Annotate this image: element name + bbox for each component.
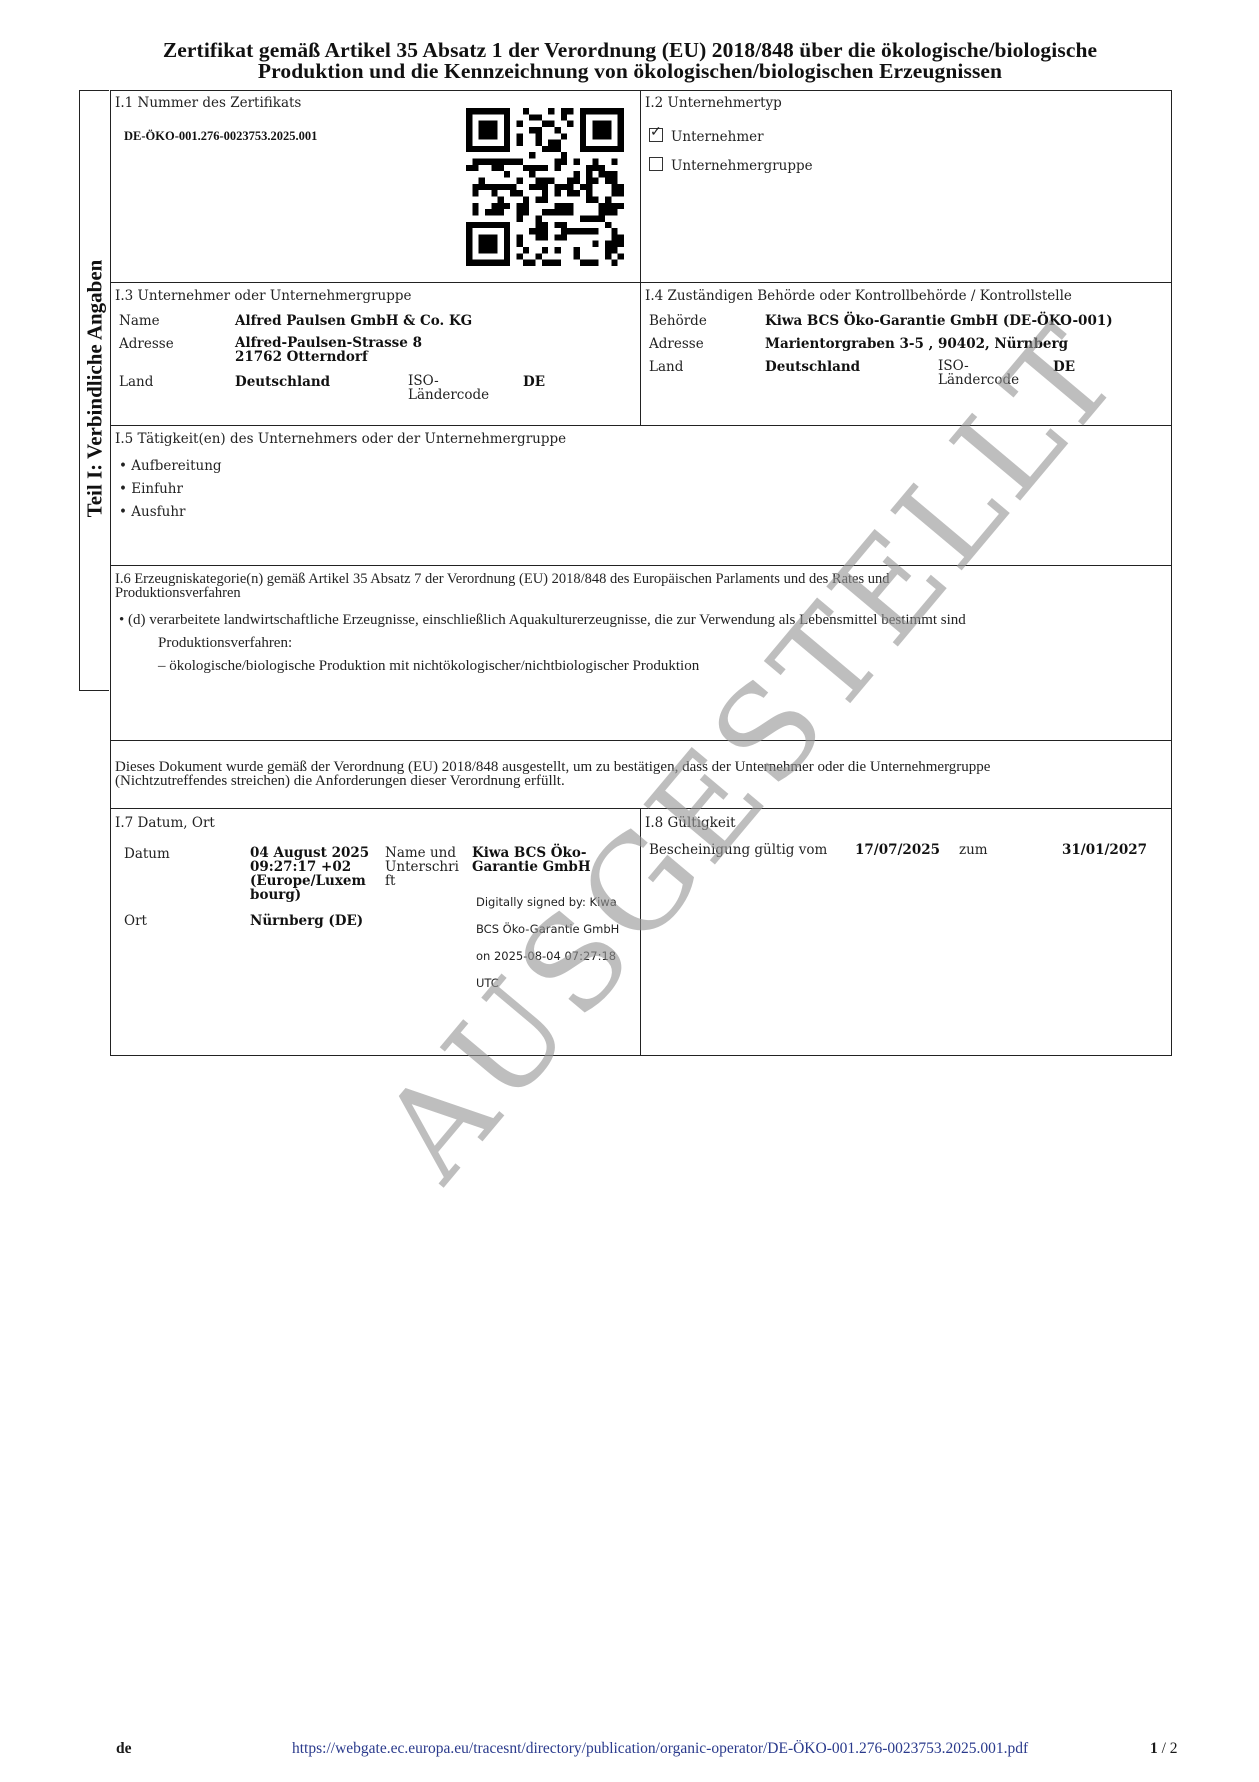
authority-iso: DE: [1053, 359, 1075, 375]
production-method: – ökologische/biologische Produktion mit…: [158, 658, 699, 675]
option-label: Unternehmergruppe: [671, 158, 813, 174]
date-line: bourg): [250, 888, 369, 902]
product-category: • (d) verarbeitete landwirtschaftliche E…: [119, 612, 966, 629]
date-line: 04 August 2025: [250, 846, 369, 860]
document-url-link[interactable]: https://webgate.ec.europa.eu/tracesnt/di…: [292, 1740, 1028, 1758]
authority-country: Deutschland: [765, 359, 860, 375]
qr-code-icon: [466, 107, 624, 267]
checkbox-checked-icon[interactable]: [649, 128, 663, 142]
iso-label-2: Ländercode: [938, 373, 1019, 387]
option-unternehmer[interactable]: Unternehmer: [649, 128, 764, 145]
i1-heading: I.1 Nummer des Zertifikats: [115, 95, 301, 111]
operator-iso: DE: [523, 374, 545, 390]
country-label: Land: [119, 374, 153, 390]
section-i4: I.4 Zuständigen Behörde oder Kontrollbeh…: [640, 282, 1172, 426]
operator-name: Alfred Paulsen GmbH & Co. KG: [235, 313, 472, 329]
iso-label: ISO- Ländercode: [408, 374, 489, 402]
operator-address: Alfred-Paulsen-Strasse 8 21762 Otterndor…: [235, 336, 422, 364]
iso-label-2: Ländercode: [408, 388, 489, 402]
i6-heading-line-2: Produktionsverfahren: [115, 586, 889, 600]
signer-line: Garantie GmbH: [472, 860, 591, 874]
title-line-2: Produktion und die Kennzeichnung von öko…: [60, 61, 1200, 82]
signature-label-line: Name und: [385, 846, 459, 860]
footer-language: de: [116, 1740, 132, 1758]
valid-from: 17/07/2025: [855, 842, 940, 858]
signature-label-line: Unterschri: [385, 860, 459, 874]
production-method-label: Produktionsverfahren:: [158, 635, 292, 652]
option-label: Unternehmer: [671, 129, 764, 145]
valid-to: 31/01/2027: [1062, 842, 1147, 858]
section-i6: I.6 Erzeugniskategorie(n) gemäß Artikel …: [110, 565, 1172, 741]
iso-label-1: ISO-: [938, 359, 1019, 373]
signature-label-line: ft: [385, 874, 459, 888]
part-sidebar: Teil I: Verbindliche Angaben: [79, 90, 109, 691]
section-i3: I.3 Unternehmer oder Unternehmergruppe N…: [110, 282, 641, 426]
name-label: Name: [119, 313, 160, 329]
issue-date: 04 August 2025 09:27:17 +02 (Europe/Luxe…: [250, 846, 369, 902]
iso-label-1: ISO-: [408, 374, 489, 388]
authority-address-label: Adresse: [649, 336, 704, 352]
place-label: Ort: [124, 913, 147, 929]
authority-iso-label: ISO- Ländercode: [938, 359, 1019, 387]
date-label: Datum: [124, 846, 170, 862]
section-i5: I.5 Tätigkeit(en) des Unternehmers oder …: [110, 425, 1172, 566]
digital-signature-line: UTC: [476, 976, 499, 990]
digital-signature-line: BCS Öko-Garantie GmbH: [476, 922, 619, 936]
page-current: 1: [1150, 1740, 1158, 1757]
i7-heading: I.7 Datum, Ort: [115, 815, 215, 831]
digital-signature-line: on 2025-08-04 07:27:18: [476, 949, 616, 963]
signer-name: Kiwa BCS Öko- Garantie GmbH: [472, 846, 591, 874]
valid-label: Bescheinigung gültig vom: [649, 842, 827, 858]
statement-section: Dieses Dokument wurde gemäß der Verordnu…: [110, 740, 1172, 809]
checkbox-unchecked-icon[interactable]: [649, 157, 663, 171]
i5-heading: I.5 Tätigkeit(en) des Unternehmers oder …: [115, 431, 566, 447]
date-line: (Europe/Luxem: [250, 874, 369, 888]
authority-label: Behörde: [649, 313, 707, 329]
activity-item: • Einfuhr: [119, 481, 183, 497]
address-line-2: 21762 Otterndorf: [235, 350, 422, 364]
part-label: Teil I: Verbindliche Angaben: [83, 239, 108, 539]
authority-address: Marientorgraben 3-5 , 90402, Nürnberg: [765, 336, 1068, 352]
date-line: 09:27:17 +02: [250, 860, 369, 874]
i6-heading-line-1: I.6 Erzeugniskategorie(n) gemäß Artikel …: [115, 572, 889, 586]
to-label: zum: [959, 842, 988, 858]
signature-label: Name und Unterschri ft: [385, 846, 459, 888]
address-label: Adresse: [119, 336, 174, 352]
i3-heading: I.3 Unternehmer oder Unternehmergruppe: [115, 288, 412, 304]
authority-name: Kiwa BCS Öko-Garantie GmbH (DE-ÖKO-001): [765, 313, 1113, 329]
page-indicator: 1 / 2: [1150, 1740, 1178, 1758]
i4-heading: I.4 Zuständigen Behörde oder Kontrollbeh…: [645, 288, 1072, 304]
option-unternehmergruppe[interactable]: Unternehmergruppe: [649, 157, 813, 174]
address-line-1: Alfred-Paulsen-Strasse 8: [235, 336, 422, 350]
certificate-number: DE-ÖKO-001.276-0023753.2025.001: [124, 129, 317, 144]
authority-country-label: Land: [649, 359, 683, 375]
activity-item: • Aufbereitung: [119, 458, 222, 474]
statement-line-1: Dieses Dokument wurde gemäß der Verordnu…: [115, 760, 990, 774]
issue-place: Nürnberg (DE): [250, 913, 363, 929]
section-i7: I.7 Datum, Ort Datum 04 August 2025 09:2…: [110, 808, 641, 1056]
statement-text: Dieses Dokument wurde gemäß der Verordnu…: [115, 760, 990, 788]
section-i2: I.2 Unternehmertyp Unternehmer Unternehm…: [640, 90, 1172, 283]
activity-item: • Ausfuhr: [119, 504, 185, 520]
digital-signature-line: Digitally signed by: Kiwa: [476, 895, 617, 909]
signer-line: Kiwa BCS Öko-: [472, 846, 591, 860]
i8-heading: I.8 Gültigkeit: [645, 815, 736, 831]
title-line-1: Zertifikat gemäß Artikel 35 Absatz 1 der…: [60, 40, 1200, 61]
operator-country: Deutschland: [235, 374, 330, 390]
statement-line-2: (Nichtzutreffendes streichen) die Anford…: [115, 774, 990, 788]
page-total: / 2: [1158, 1740, 1178, 1757]
i6-heading: I.6 Erzeugniskategorie(n) gemäß Artikel …: [115, 572, 889, 600]
page-title: Zertifikat gemäß Artikel 35 Absatz 1 der…: [60, 40, 1200, 82]
section-i8: I.8 Gültigkeit Bescheinigung gültig vom …: [640, 808, 1172, 1056]
i2-heading: I.2 Unternehmertyp: [645, 95, 782, 111]
